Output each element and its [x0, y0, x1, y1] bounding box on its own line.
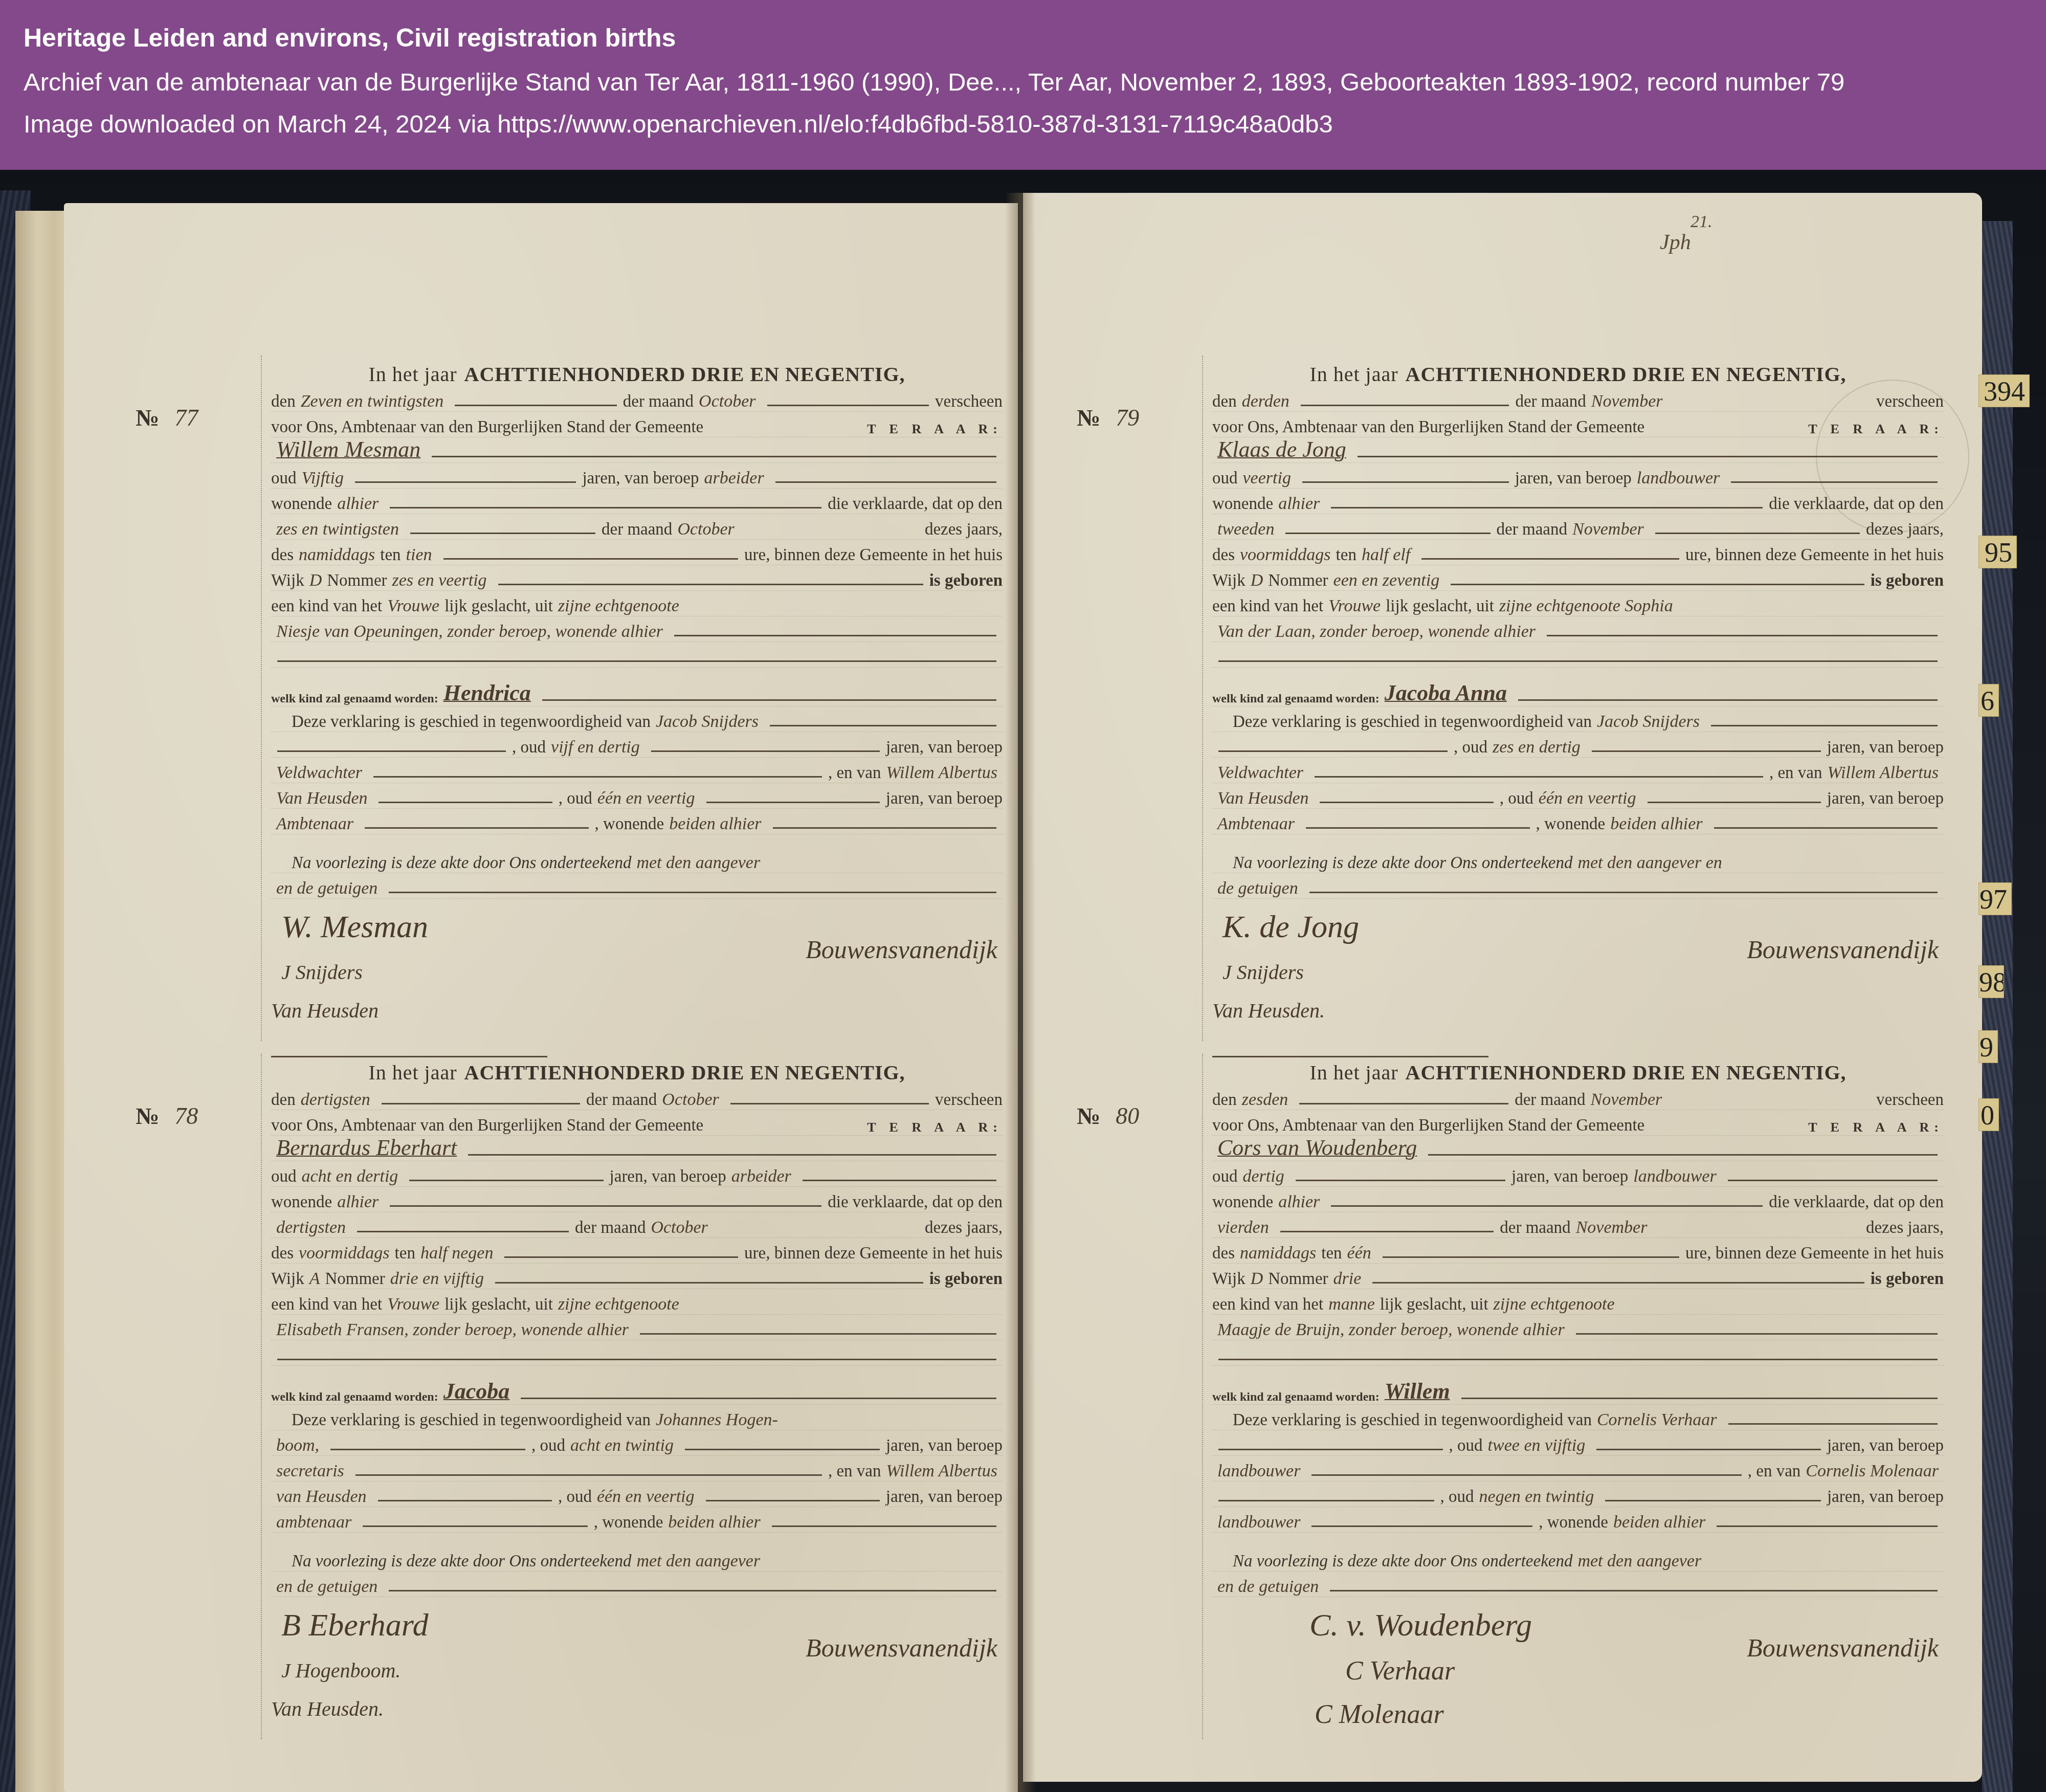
month: October	[657, 1090, 724, 1110]
month: November	[1586, 1090, 1667, 1110]
declarant-age: dertig	[1238, 1167, 1289, 1186]
witness-signature: J Snijders	[281, 960, 363, 984]
collection-title: Heritage Leiden and environs, Civil regi…	[24, 19, 2046, 56]
birth-day: dertigsten	[271, 1218, 351, 1237]
witness-2: Cornelis Molenaar	[1800, 1462, 1944, 1481]
margin-rule	[261, 1054, 262, 1739]
folio-number: 21.	[1691, 212, 1713, 232]
witness-signature: Van Heusden	[271, 999, 379, 1023]
download-source: Image downloaded on March 24, 2024 via h…	[24, 108, 2046, 140]
declarant-signature: C. v. Woudenberg	[1309, 1607, 1532, 1644]
child-name: Hendrica	[438, 680, 536, 706]
witness-1: Jacob Snijders	[651, 712, 764, 732]
child-name: Willem	[1380, 1378, 1455, 1404]
child-sex: Vrouwe	[1323, 596, 1386, 616]
signatures: C. v. Woudenberg C Verhaar C Molenaar Bo…	[1212, 1597, 1944, 1751]
register-entry: №78 In het jaarACHTTIENHONDERD DRIE EN N…	[271, 1054, 1003, 1751]
day: dertigsten	[296, 1090, 375, 1110]
margin-rule	[261, 356, 262, 1041]
signatures: B Eberhard J Hogenboom. Van Heusden. Bou…	[271, 1597, 1003, 1751]
register-entry: №79 In het jaarACHTTIENHONDERD DRIE EN N…	[1212, 356, 1944, 1052]
day: zesden	[1237, 1090, 1294, 1110]
index-tab[interactable]: 9	[1978, 1030, 1998, 1063]
index-tab[interactable]: 0	[1978, 1098, 1999, 1131]
register-entry: №80 In het jaarACHTTIENHONDERD DRIE EN N…	[1212, 1054, 1944, 1751]
index-tab[interactable]: 98	[1978, 965, 2004, 998]
official-signature: Bouwensvanendijk	[806, 1633, 997, 1663]
witness-signature: Van Heusden.	[1212, 999, 1325, 1023]
witness-signature: J Hogenboom.	[281, 1658, 401, 1683]
entry-number: №78	[136, 1102, 198, 1130]
declarant-age: acht en dertig	[297, 1167, 404, 1186]
birth-day: tweeden	[1212, 520, 1279, 539]
book-cover-right	[1982, 221, 2013, 1792]
mother-line: Niesje van Opeuningen, zonder beroep, wo…	[271, 622, 668, 641]
month: October	[694, 392, 761, 411]
declarant-age: veertig	[1238, 469, 1296, 488]
declarant-occupation: landbouwer	[1632, 469, 1725, 488]
register-entry: №77 In het jaarACHTTIENHONDERD DRIE EN N…	[271, 356, 1003, 1052]
day: Zeven en twintigsten	[296, 392, 449, 411]
birth-hour: half elf	[1356, 545, 1415, 565]
witness-signature: C Molenaar	[1315, 1699, 1444, 1730]
child-name: Jacoba Anna	[1380, 680, 1512, 706]
witness-1: Jacob Snijders	[1592, 712, 1705, 732]
declarant-signature: W. Mesman	[281, 909, 428, 945]
mother-line: Elisabeth Fransen, zonder beroep, wonend…	[271, 1320, 634, 1340]
child-sex: Vrouwe	[382, 596, 444, 616]
index-tab[interactable]: 6	[1978, 684, 1999, 717]
birth-hour: half negen	[415, 1244, 499, 1263]
header-banner: Heritage Leiden and environs, Civil regi…	[0, 0, 2046, 170]
year-line: In het jaarACHTTIENHONDERD DRIE EN NEGEN…	[271, 356, 1003, 386]
index-tab[interactable]: 95	[1978, 536, 2017, 568]
declarant-name: Cors van Woudenberg	[1212, 1135, 1422, 1161]
mother-line: Maagje de Bruijn, zonder beroep, wonende…	[1212, 1320, 1570, 1340]
folio-initials: Jph	[1660, 230, 1691, 255]
birth-hour: één	[1342, 1244, 1376, 1263]
witness-signature: J Snijders	[1222, 960, 1304, 984]
index-tab[interactable]: 97	[1978, 882, 2012, 915]
declarant-signature: B Eberhard	[281, 1607, 429, 1644]
margin-rule	[1202, 356, 1203, 1041]
birth-hour: tien	[401, 545, 437, 565]
declarant-name: Klaas de Jong	[1212, 436, 1351, 462]
year-line: In het jaarACHTTIENHONDERD DRIE EN NEGEN…	[271, 1054, 1003, 1085]
witness-2: Willem Albertus	[1822, 763, 1944, 783]
declarant-signature: K. de Jong	[1222, 909, 1359, 945]
witness-1: Johannes Hogen-	[651, 1410, 783, 1430]
signatures: K. de Jong J Snijders Van Heusden. Bouwe…	[1212, 899, 1944, 1052]
declarant-occupation: landbouwer	[1628, 1167, 1721, 1186]
child-sex: Vrouwe	[382, 1295, 444, 1314]
official-signature: Bouwensvanendijk	[1747, 935, 1939, 964]
child-name: Jacoba	[438, 1378, 515, 1404]
signatures: W. Mesman J Snijders Van Heusden Bouwens…	[271, 899, 1003, 1052]
entry-number: №80	[1077, 1102, 1139, 1130]
day: derden	[1237, 392, 1295, 411]
page-stack	[15, 211, 72, 1792]
witness-signature: C Verhaar	[1345, 1656, 1455, 1686]
index-tab[interactable]: 394	[1978, 374, 2030, 407]
entry-number: №79	[1077, 404, 1139, 431]
witness-2: Willem Albertus	[881, 1462, 1003, 1481]
declarant-age: Vijftig	[297, 469, 349, 488]
official-signature: Bouwensvanendijk	[1747, 1633, 1939, 1663]
birth-day: vierden	[1212, 1218, 1274, 1237]
declarant-name: Bernardus Eberhart	[271, 1135, 462, 1161]
declarant-name: Willem Mesman	[271, 436, 426, 462]
official-signature: Bouwensvanendijk	[806, 935, 997, 964]
entry-number: №77	[136, 404, 198, 431]
month: November	[1586, 392, 1668, 411]
declarant-occupation: arbeider	[699, 469, 769, 488]
witness-signature: Van Heusden.	[271, 1697, 384, 1721]
witness-1: Cornelis Verhaar	[1592, 1410, 1722, 1430]
record-description: Archief van de ambtenaar van de Burgerli…	[24, 67, 2046, 98]
book-gutter	[1005, 193, 1036, 1792]
year-line: In het jaarACHTTIENHONDERD DRIE EN NEGEN…	[1212, 356, 1944, 386]
declarant-occupation: arbeider	[726, 1167, 796, 1186]
child-sex: manne	[1323, 1295, 1380, 1314]
witness-2: Willem Albertus	[881, 763, 1003, 783]
margin-rule	[1202, 1054, 1203, 1739]
birth-day: zes en twintigsten	[271, 520, 404, 539]
year-line: In het jaarACHTTIENHONDERD DRIE EN NEGEN…	[1212, 1054, 1944, 1085]
mother-line: Van der Laan, zonder beroep, wonende alh…	[1212, 622, 1541, 641]
